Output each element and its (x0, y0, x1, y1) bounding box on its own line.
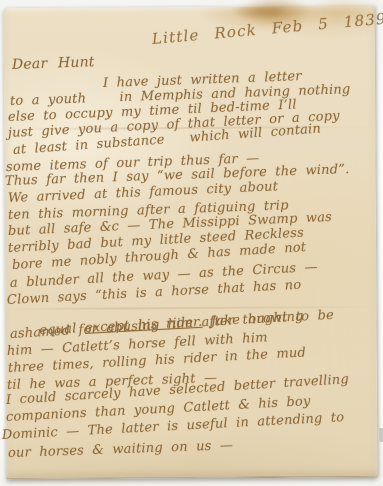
scanner-artifact-mark (379, 428, 383, 442)
letter-scan: Little Rock Feb 5 1839 Dear Hunt I have … (0, 0, 383, 486)
letter-salutation: Dear Hunt (12, 54, 95, 73)
